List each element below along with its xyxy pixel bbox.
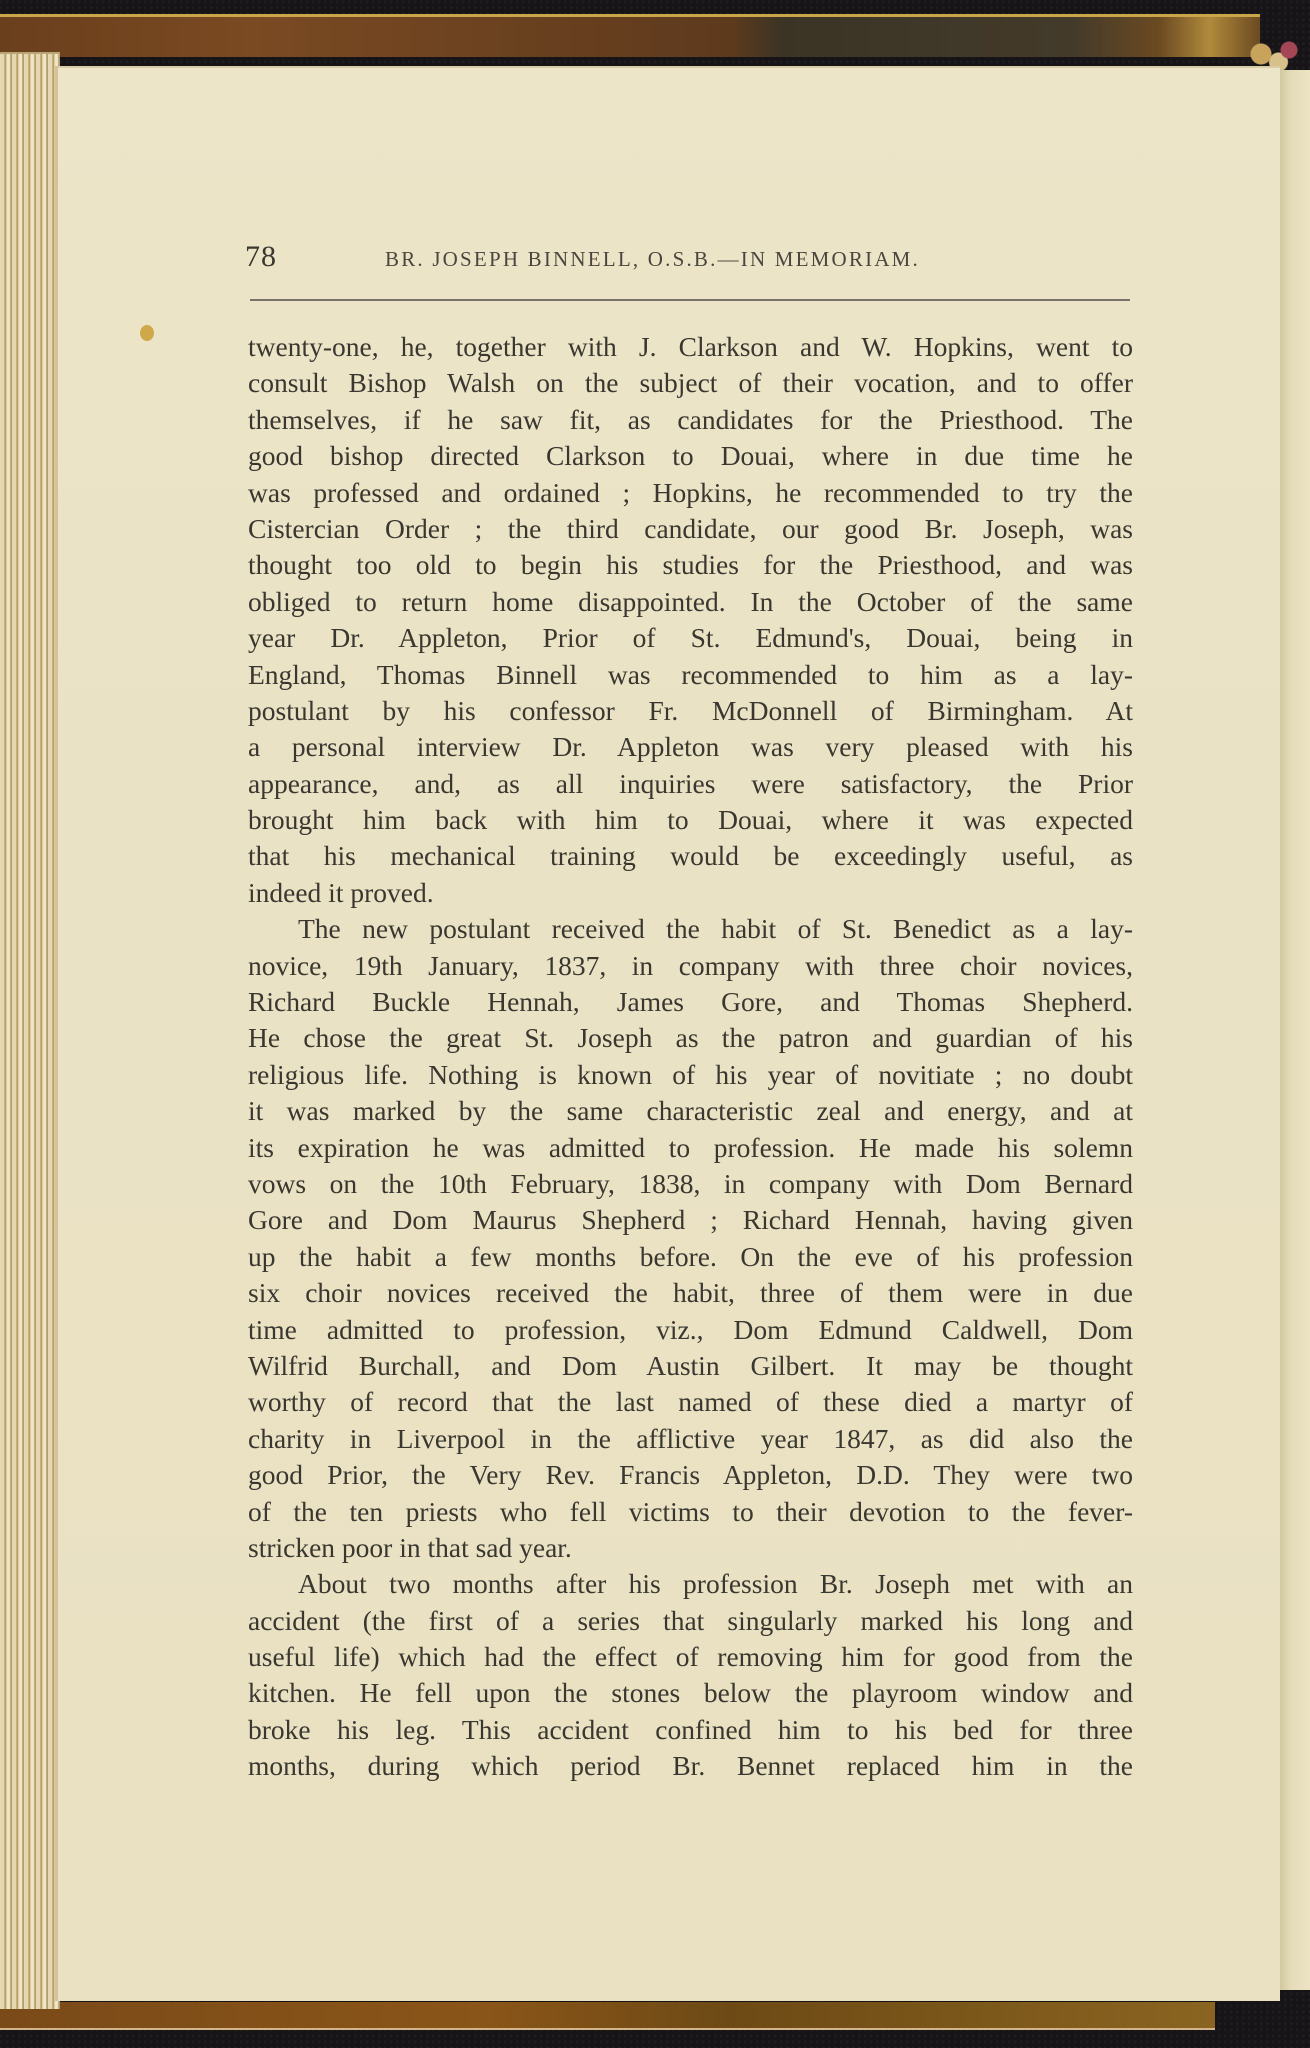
running-head: BR. JOSEPH BINNELL, O.S.B.—IN MEMORIAM.: [385, 247, 920, 272]
text-line: The new postulant received the habit of …: [248, 911, 1133, 947]
text-line: twenty-one, he, together with J. Clarkso…: [248, 329, 1133, 365]
paragraph-1: twenty-one, he, together with J. Clarkso…: [248, 329, 1133, 911]
text-line: it was marked by the same characteristic…: [248, 1093, 1133, 1129]
text-line: Cistercian Order ; the third candidate, …: [248, 511, 1133, 547]
adjacent-page-edge: [1278, 70, 1310, 1990]
text-line: stricken poor in that sad year.: [248, 1530, 1133, 1566]
text-line: He chose the great St. Joseph as the pat…: [248, 1020, 1133, 1056]
page-number: 78: [245, 240, 277, 274]
text-line: year Dr. Appleton, Prior of St. Edmund's…: [248, 620, 1133, 656]
text-line: of the ten priests who fell victims to t…: [248, 1494, 1133, 1530]
text-line: About two months after his profession Br…: [248, 1566, 1133, 1602]
text-line: indeed it proved.: [248, 875, 1133, 911]
paragraph-2: The new postulant received the habit of …: [248, 911, 1133, 1566]
text-line: was professed and ordained ; Hopkins, he…: [248, 475, 1133, 511]
paragraph-3: About two months after his profession Br…: [248, 1566, 1133, 1784]
text-line: obliged to return home disappointed. In …: [248, 584, 1133, 620]
text-line: postulant by his confessor Fr. McDonnell…: [248, 693, 1133, 729]
text-line: accident (the first of a series that sin…: [248, 1603, 1133, 1639]
text-line: thought too old to begin his studies for…: [248, 547, 1133, 583]
text-line: time admitted to profession, viz., Dom E…: [248, 1312, 1133, 1348]
header-rule: [250, 299, 1130, 301]
text-line: England, Thomas Binnell was recommended …: [248, 657, 1133, 693]
foxing-spot: [140, 325, 154, 341]
body-text: twenty-one, he, together with J. Clarkso…: [248, 329, 1133, 1785]
text-line: appearance, and, as all inquiries were s…: [248, 766, 1133, 802]
book-cover-bottom-edge: [0, 2002, 1215, 2030]
text-line: novice, 19th January, 1837, in company w…: [248, 948, 1133, 984]
text-line: religious life. Nothing is known of his …: [248, 1057, 1133, 1093]
text-line: its expiration he was admitted to profes…: [248, 1130, 1133, 1166]
text-line: Gore and Dom Maurus Shepherd ; Richard H…: [248, 1202, 1133, 1238]
text-line: Richard Buckle Hennah, James Gore, and T…: [248, 984, 1133, 1020]
text-line: consult Bishop Walsh on the subject of t…: [248, 365, 1133, 401]
text-line: up the habit a few months before. On the…: [248, 1239, 1133, 1275]
text-line: themselves, if he saw fit, as candidates…: [248, 402, 1133, 438]
text-line: charity in Liverpool in the afflictive y…: [248, 1421, 1133, 1457]
text-line: Wilfrid Burchall, and Dom Austin Gilbert…: [248, 1348, 1133, 1384]
page-header: 78 BR. JOSEPH BINNELL, O.S.B.—IN MEMORIA…: [245, 240, 1135, 280]
text-line: six choir novices received the habit, th…: [248, 1275, 1133, 1311]
text-line: kitchen. He fell upon the stones below t…: [248, 1675, 1133, 1711]
text-line: good bishop directed Clarkson to Douai, …: [248, 438, 1133, 474]
text-line: brought him back with him to Douai, wher…: [248, 802, 1133, 838]
text-line: months, during which period Br. Bennet r…: [248, 1748, 1133, 1784]
text-line: that his mechanical training would be ex…: [248, 838, 1133, 874]
text-line: worthy of record that the last named of …: [248, 1384, 1133, 1420]
text-line: broke his leg. This accident confined hi…: [248, 1712, 1133, 1748]
text-line: useful life) which had the effect of rem…: [248, 1639, 1133, 1675]
text-line: vows on the 10th February, 1838, in comp…: [248, 1166, 1133, 1202]
text-line: a personal interview Dr. Appleton was ve…: [248, 729, 1133, 765]
stacked-page-edges: [0, 52, 60, 2009]
book-cover-top-edge: [0, 14, 1260, 57]
text-line: good Prior, the Very Rev. Francis Applet…: [248, 1457, 1133, 1493]
